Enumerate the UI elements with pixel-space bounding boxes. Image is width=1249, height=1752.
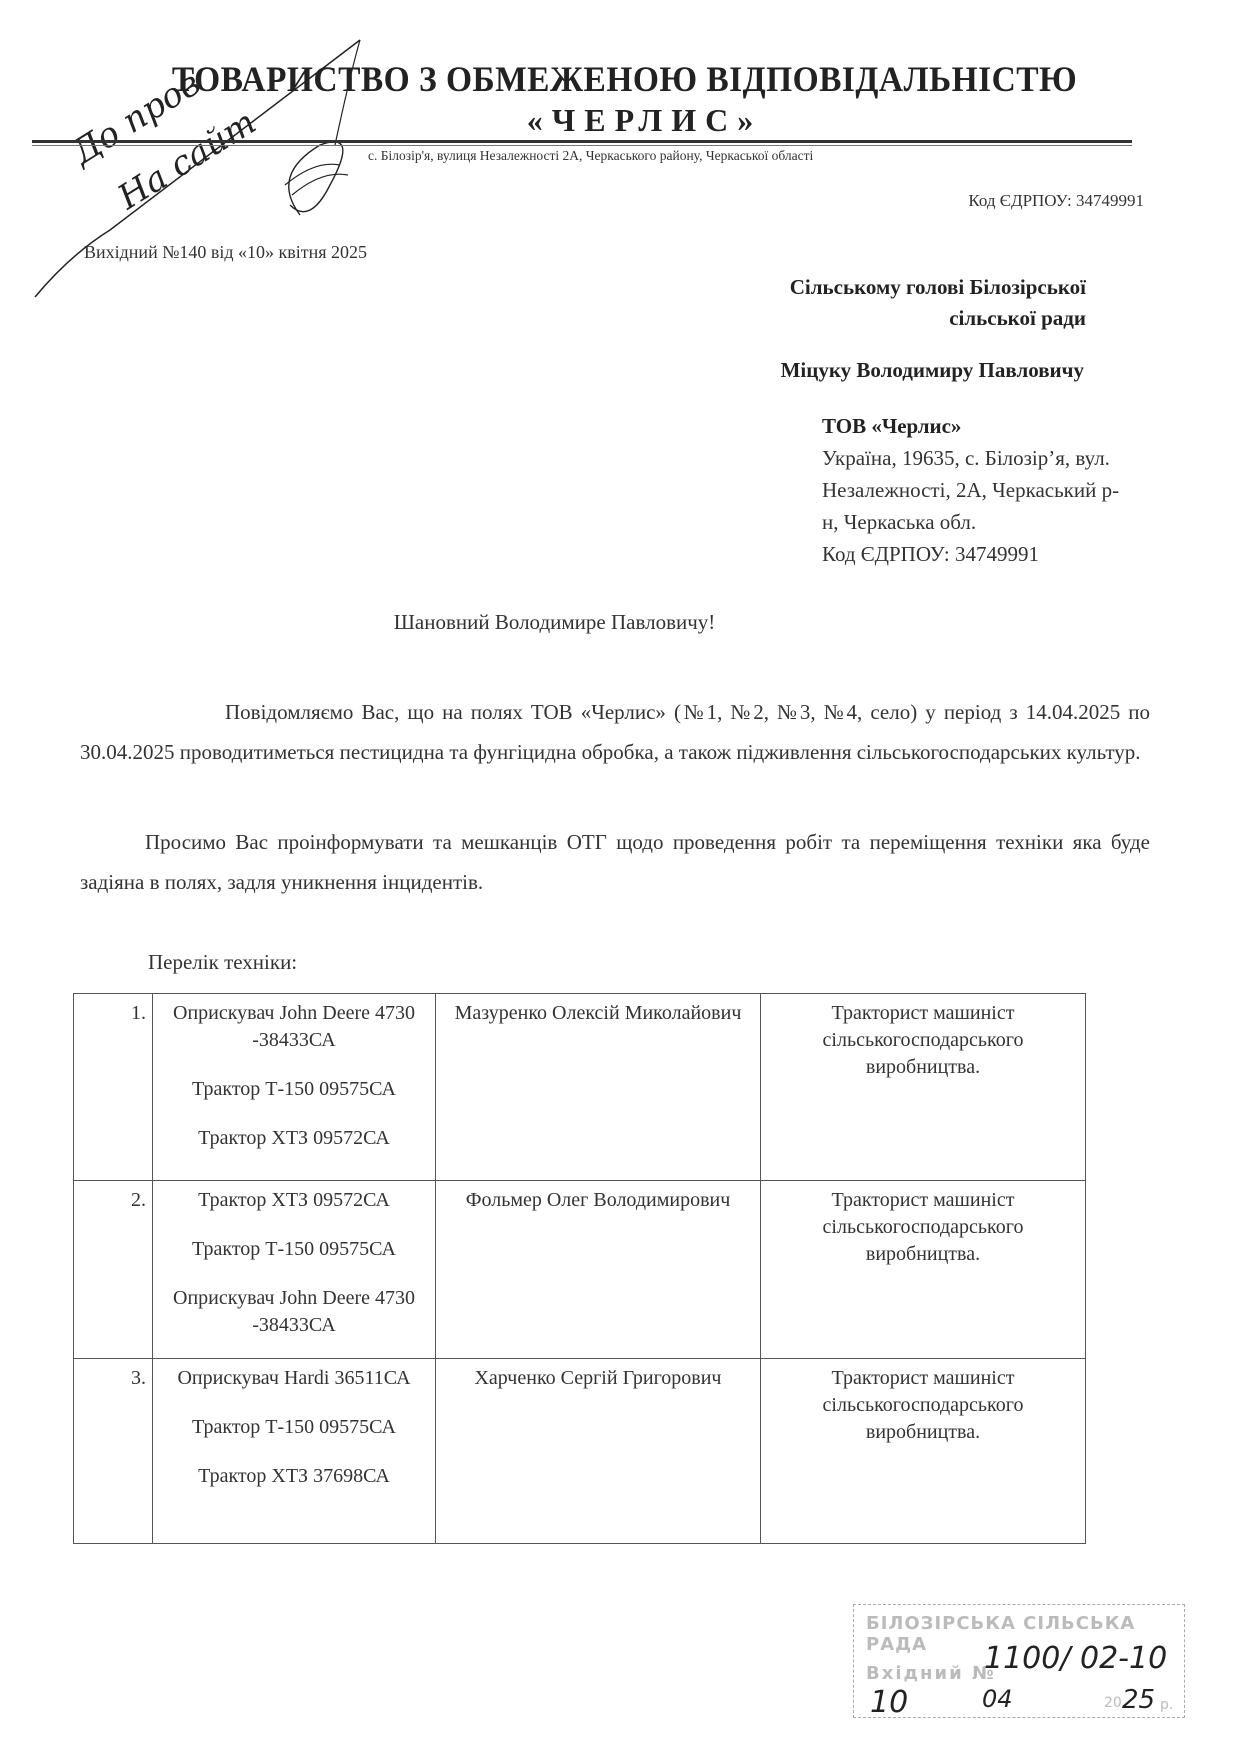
- stamp-number: 1100/ 02-10: [984, 1641, 1167, 1676]
- table-row: 2.Трактор ХТЗ 09572САТрактор Т-150 09575…: [74, 1181, 1086, 1359]
- equipment-item: Оприскувач John Deere 4730 -38433СА: [159, 1285, 429, 1339]
- equipment-cell: Трактор ХТЗ 09572САТрактор Т-150 09575СА…: [153, 1181, 436, 1359]
- stamp-year: 25: [1122, 1685, 1155, 1715]
- company-name: «ЧЕРЛИС»: [0, 102, 1249, 139]
- company-type: ТОВАРИСТВО З ОБМЕЖЕНОЮ ВІДПОВІДАЛЬНІСТЮ: [44, 58, 1206, 100]
- equipment-cell: Оприскувач Hardi 36511САТрактор Т-150 09…: [153, 1359, 436, 1544]
- operator-name: Мазуренко Олексій Миколайович: [436, 994, 761, 1181]
- stamp-month: 04: [982, 1685, 1013, 1713]
- sender-block: ТОВ «Черлис» Україна, 19635, с. Білозір’…: [822, 410, 1162, 570]
- company-edrpou: Код ЄДРПОУ: 34749991: [968, 191, 1144, 211]
- stamp-day: 10: [870, 1685, 908, 1720]
- stamp-year-end: р.: [1160, 1697, 1173, 1713]
- equipment-list-label: Перелік техніки:: [148, 950, 297, 975]
- sender-address-line: Незалежності, 2А, Черкаський р-: [822, 474, 1162, 506]
- equipment-cell: Оприскувач John Deere 4730 -38433САТракт…: [153, 994, 436, 1181]
- equipment-item: Трактор Т-150 09575СА: [159, 1236, 429, 1263]
- operator-name: Фольмер Олег Володимирович: [436, 1181, 761, 1359]
- sender-org: ТОВ «Черлис»: [822, 410, 1162, 442]
- body-paragraph-1: Повідомляємо Вас, що на полях ТОВ «Черли…: [80, 692, 1150, 772]
- operator-role: Тракторист машиніст сільськогосподарсько…: [761, 1359, 1086, 1544]
- operator-role: Тракторист машиніст сільськогосподарсько…: [761, 994, 1086, 1181]
- greeting: Шановний Володимире Павловичу!: [0, 610, 1249, 635]
- equipment-item: Трактор ХТЗ 37698СА: [159, 1463, 429, 1490]
- outgoing-number: Вихідний №140 від «10» квітня 2025: [84, 242, 367, 263]
- operator-name: Харченко Сергій Григорович: [436, 1359, 761, 1544]
- row-number: 2.: [74, 1181, 153, 1359]
- equipment-item: Трактор ХТЗ 09572СА: [159, 1187, 429, 1214]
- letterhead-rule: [32, 140, 1132, 143]
- equipment-item: Трактор Т-150 09575СА: [159, 1076, 429, 1103]
- equipment-item: Оприскувач John Deere 4730 -38433СА: [159, 1000, 429, 1054]
- equipment-item: Трактор ХТЗ 09572СА: [159, 1125, 429, 1152]
- stamp-label: Вхідний №: [866, 1663, 996, 1684]
- equipment-item: Оприскувач Hardi 36511СА: [159, 1365, 429, 1392]
- sender-address-line: Україна, 19635, с. Білозір’я, вул.: [822, 442, 1162, 474]
- recipient-line1: Сільському голові Білозірської: [566, 272, 1086, 303]
- incoming-stamp: БІЛОЗІРСЬКА СІЛЬСЬКА РАДА Вхідний № 1100…: [853, 1604, 1185, 1718]
- body-paragraph-2: Просимо Вас проінформувати та мешканців …: [80, 822, 1150, 902]
- equipment-item: Трактор Т-150 09575СА: [159, 1414, 429, 1441]
- sender-address-line: н, Черкаська обл.: [822, 506, 1162, 538]
- row-number: 1.: [74, 994, 153, 1181]
- company-address: с. Білозір'я, вулиця Незалежності 2А, Че…: [368, 148, 813, 164]
- row-number: 3.: [74, 1359, 153, 1544]
- table-row: 3.Оприскувач Hardi 36511САТрактор Т-150 …: [74, 1359, 1086, 1544]
- recipient-name: Міцуку Володимиру Павловичу: [781, 358, 1084, 383]
- table-row: 1.Оприскувач John Deere 4730 -38433САТра…: [74, 994, 1086, 1181]
- letterhead-rule-thin: [32, 145, 1132, 146]
- recipient-title: Сільському голові Білозірської сільської…: [566, 272, 1086, 334]
- sender-edrpou: Код ЄДРПОУ: 34749991: [822, 538, 1162, 570]
- operator-role: Тракторист машиніст сільськогосподарсько…: [761, 1181, 1086, 1359]
- stamp-year-prefix: 20: [1104, 1695, 1122, 1711]
- equipment-table: 1.Оприскувач John Deere 4730 -38433САТра…: [73, 993, 1086, 1544]
- recipient-line2: сільської ради: [566, 303, 1086, 334]
